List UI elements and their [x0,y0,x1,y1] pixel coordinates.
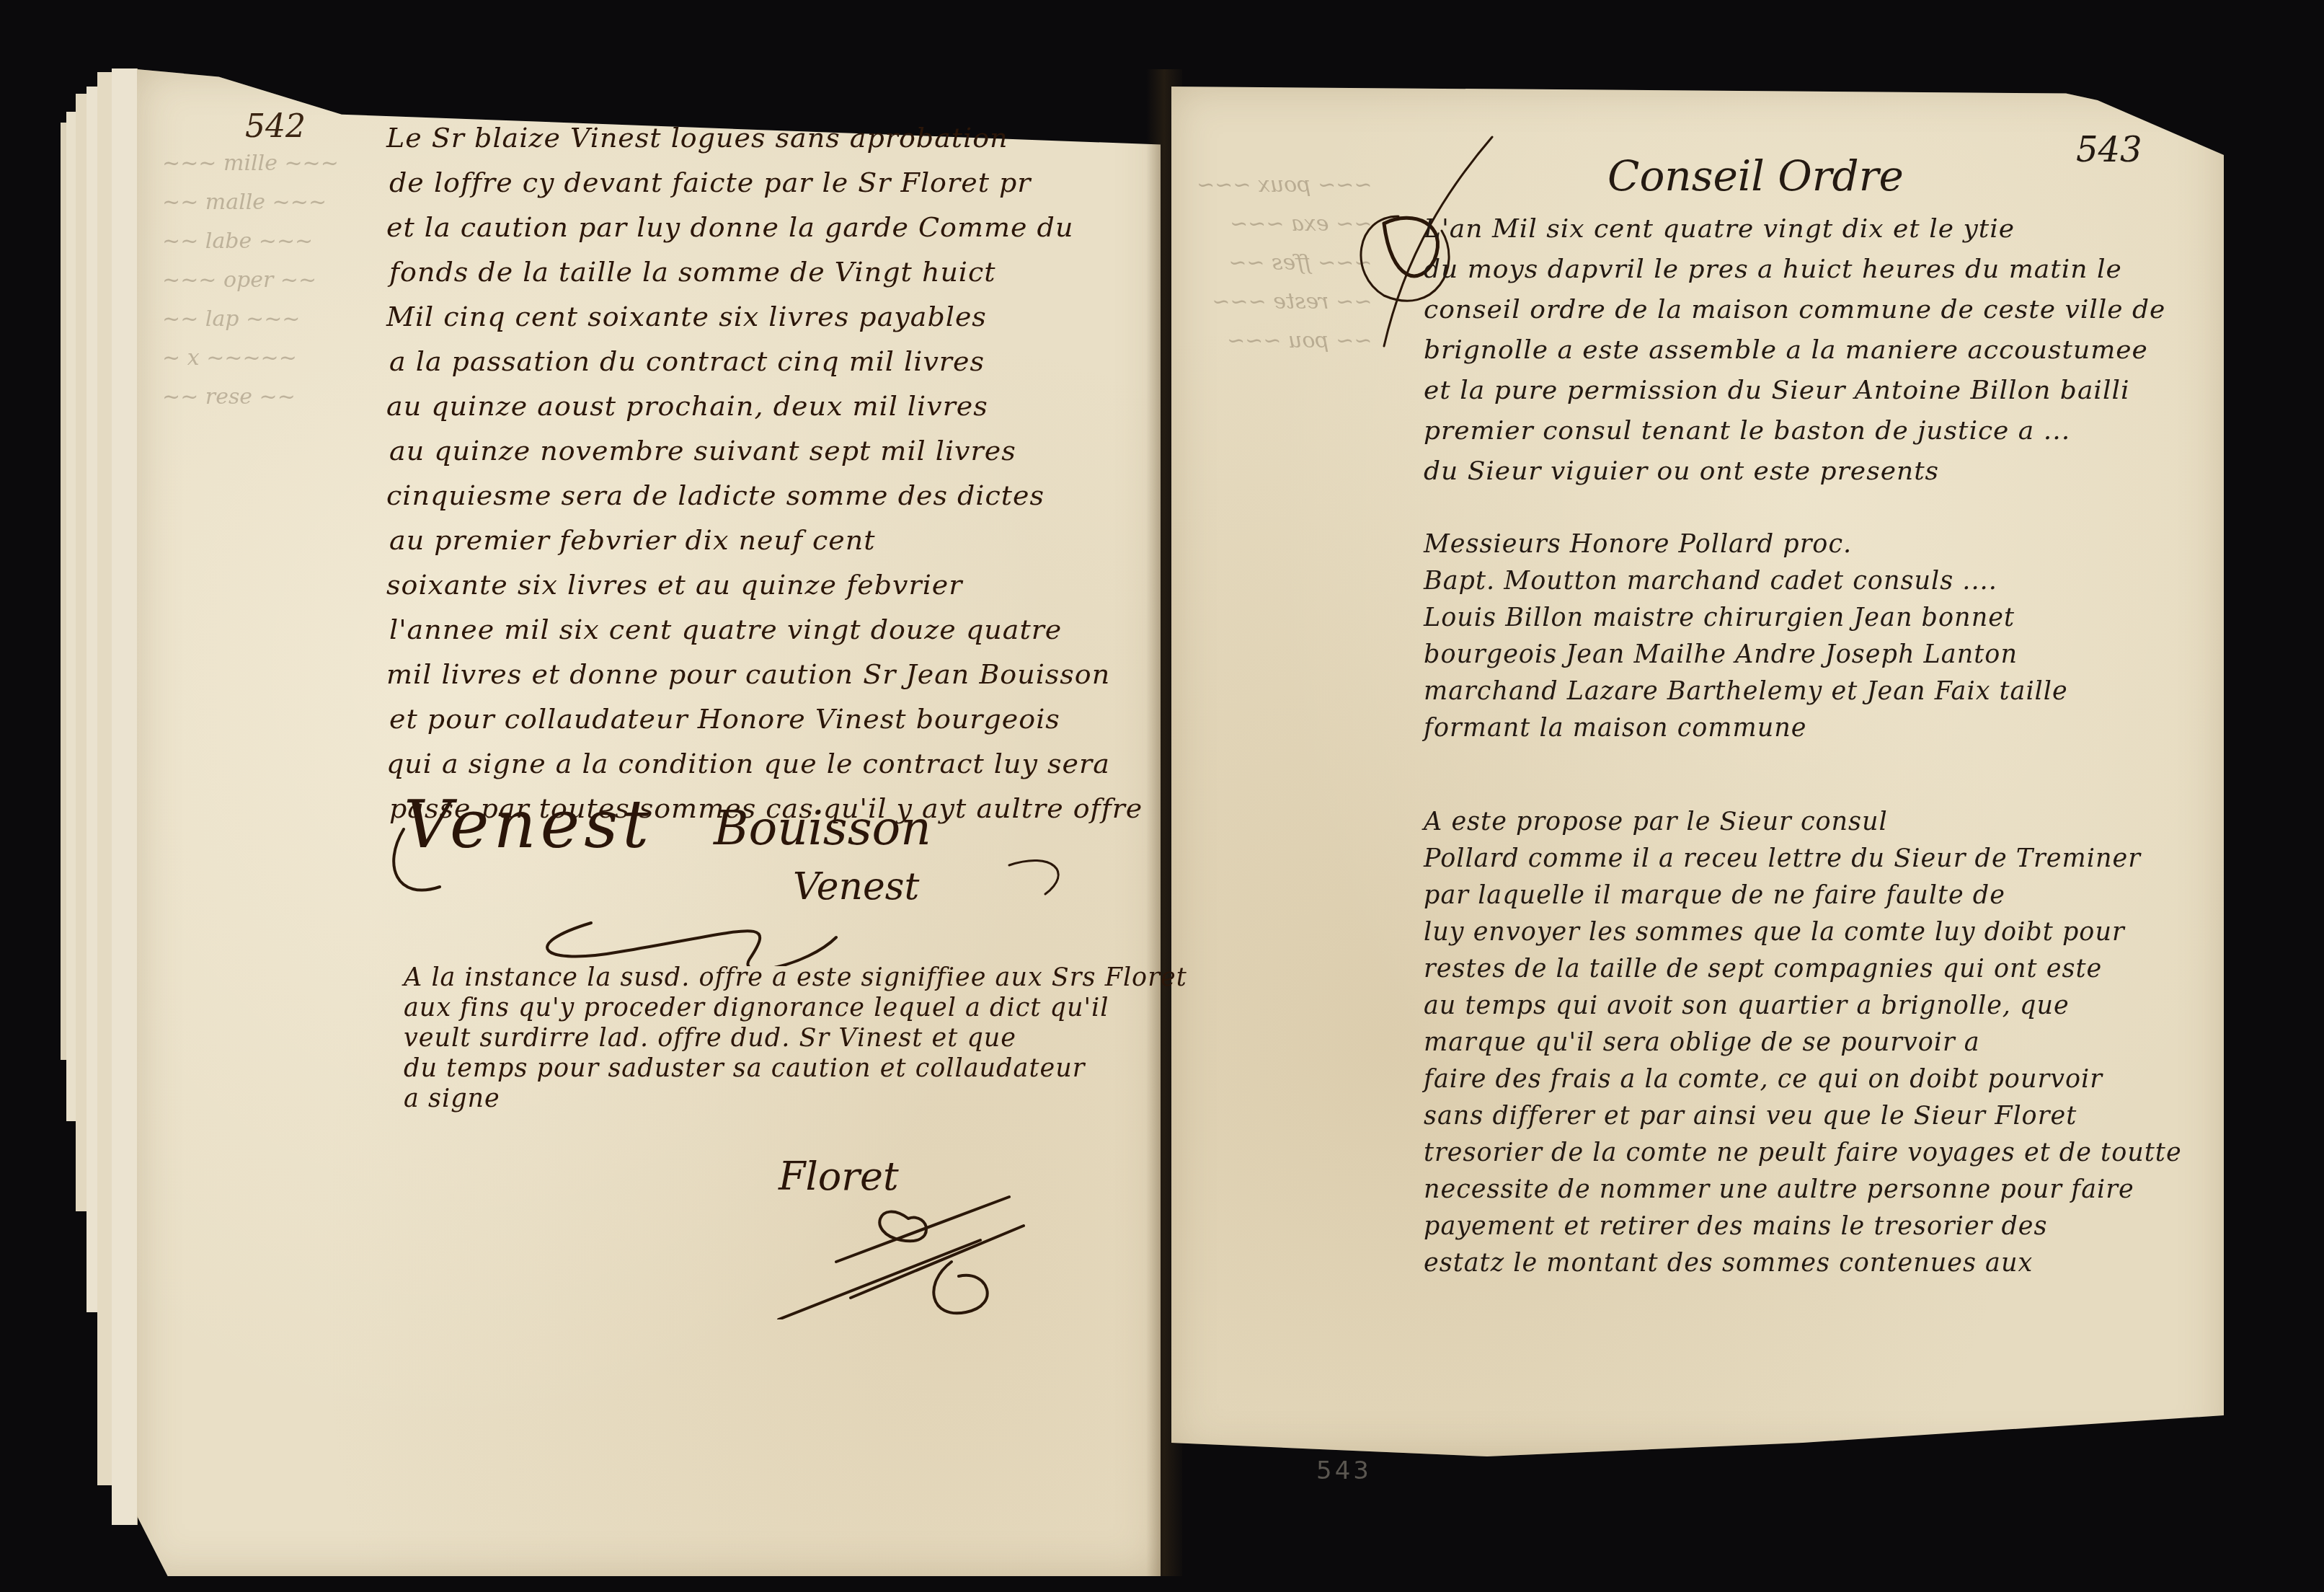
show-through-text: ~~~ mille ~~~~~ malle ~~~~~ labe ~~~~~~ … [162,144,339,417]
text-line: conseil ordre de la maison commune de ce… [1424,290,2202,330]
folio-number-left: 542 [245,108,306,145]
text-line: Bapt. Moutton marchand cadet consuls ...… [1424,563,2202,600]
text-line: fonds de la taille la somme de Vingt hui… [389,249,1139,294]
text-line: a signe [404,1084,1197,1114]
text-line: et la caution par luy donne la garde Com… [386,205,1136,249]
text-line: premier consul tenant le baston de justi… [1424,411,2202,451]
left-page-note: A la instance la susd. offre a este sign… [404,963,1197,1114]
text-line: bourgeois Jean Mailhe Andre Joseph Lanto… [1424,637,2202,673]
text-line: formant la maison commune [1424,710,2202,747]
text-line: veult surdirre lad. offre dud. Sr Vinest… [404,1023,1197,1053]
text-line: restes de la taille de sept compagnies q… [1424,951,2202,988]
text-line: au temps qui avoit son quartier a brigno… [1424,988,2202,1025]
right-page-attendees: Messieurs Honore Pollard proc. Bapt. Mou… [1424,526,2202,747]
section-heading: Conseil Ordre [1607,151,1904,200]
text-line: et pour collaudateur Honore Vinest bourg… [389,696,1139,741]
text-line: par laquelle il marque de ne faire fault… [1424,877,2202,914]
text-line: A la instance la susd. offre a este sign… [404,963,1197,993]
signature-paraph-icon [735,1154,1096,1319]
text-line: du Sieur viguier ou ont este presents [1424,451,2202,492]
text-line: aux fins qu'y proceder dignorance lequel… [404,993,1197,1023]
text-line: luy envoyer les sommes que la comte luy … [1424,914,2202,951]
text-line: faire des frais a la comte, ce qui on do… [1424,1061,2202,1098]
text-line: mil livres et donne pour caution Sr Jean… [386,652,1136,696]
right-page-intro: L'an Mil six cent quatre vingt dix et le… [1424,209,2202,492]
manuscript-scan: ~~~ mille ~~~~~ malle ~~~~~ labe ~~~~~~ … [0,0,2324,1592]
signature-flourish-icon [375,779,1168,966]
text-line: Le Sr blaize Vinest logues sans aprobati… [386,115,1136,160]
text-line: marchand Lazare Barthelemy et Jean Faix … [1424,673,2202,710]
text-line: et la pure permission du Sieur Antoine B… [1424,371,2202,411]
text-line: A este propose par le Sieur consul [1424,804,2202,841]
text-line: payement et retirer des mains le tresori… [1424,1208,2202,1245]
text-line: cinquiesme sera de ladicte somme des dic… [386,473,1136,518]
text-line: au premier febvrier dix neuf cent [389,518,1139,562]
text-line: tresorier de la comte ne peult faire voy… [1424,1135,2202,1172]
text-line: marque qu'il sera oblige de se pourvoir … [1424,1025,2202,1061]
text-line: Louis Billon maistre chirurgien Jean bon… [1424,600,2202,637]
archival-pencil-number: 543 [1316,1456,1372,1485]
text-line: de loffre cy devant faicte par le Sr Flo… [389,160,1139,205]
right-page-body: A este propose par le Sieur consul Polla… [1424,804,2202,1282]
text-line: a la passation du contract cinq mil livr… [389,339,1139,384]
text-line: Messieurs Honore Pollard proc. [1424,526,2202,563]
folio-number-right: 543 [2076,130,2142,170]
text-line: sans differer et par ainsi veu que le Si… [1424,1098,2202,1135]
text-line: necessite de nommer une aultre personne … [1424,1172,2202,1208]
left-page-text: Le Sr blaize Vinest logues sans aprobati… [389,115,1139,831]
page-edge [112,68,138,1525]
text-line: du temps pour saduster sa caution et col… [404,1053,1197,1084]
text-line: Mil cinq cent soixante six livres payabl… [386,294,1136,339]
text-line: au quinze novembre suivant sept mil livr… [389,428,1139,473]
text-line: du moys dapvril le pres a huict heures d… [1424,249,2202,290]
text-line: soixante six livres et au quinze febvrie… [386,562,1136,607]
text-line: l'annee mil six cent quatre vingt douze … [389,607,1139,652]
text-line: brignolle a este assemble a la maniere a… [1424,330,2202,371]
text-line: estatz le montant des sommes contenues a… [1424,1245,2202,1282]
text-line: Pollard comme il a receu lettre du Sieur… [1424,841,2202,877]
text-line: au quinze aoust prochain, deux mil livre… [386,384,1136,428]
text-line: L'an Mil six cent quatre vingt dix et le… [1424,209,2202,249]
